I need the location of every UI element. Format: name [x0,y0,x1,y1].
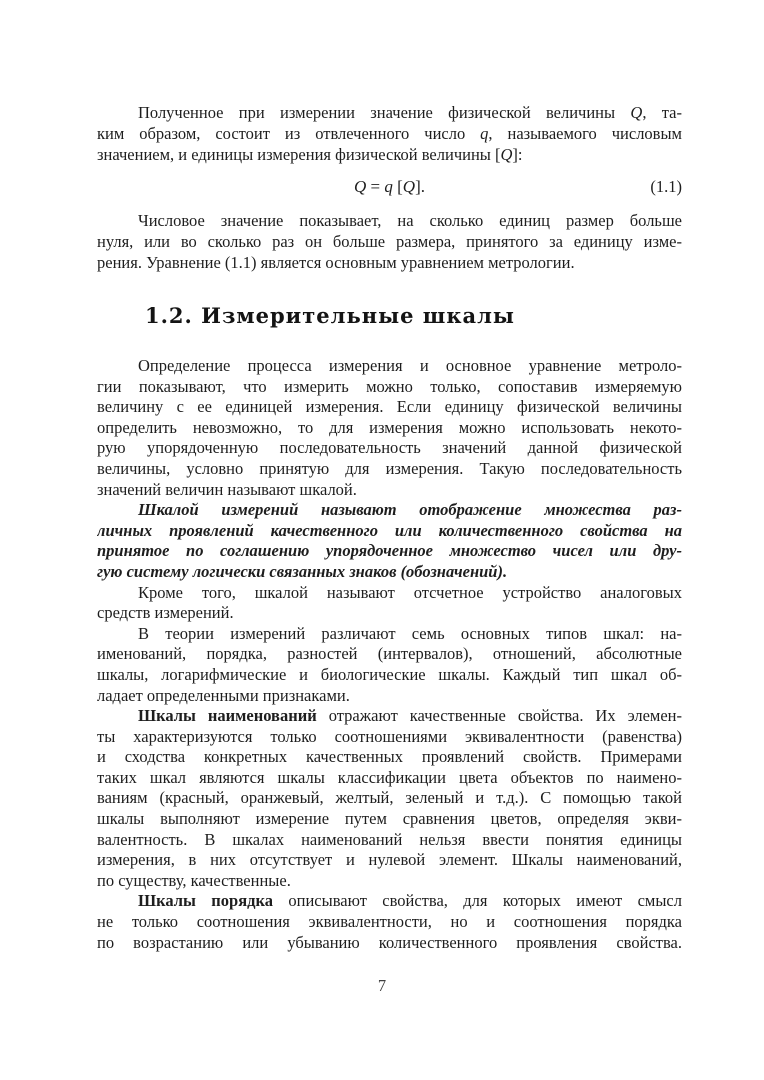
text-segment: Полученное при измерении значение физиче… [138,103,630,122]
text-segment: , та- [642,103,682,122]
text-line: не только соотношения эквивалентности, н… [97,912,682,933]
text-segment: величины, условно принятую для измерения… [97,459,682,478]
text-line: средств измерений. [97,603,682,624]
text-segment: ваниям (красный, оранжевый, желтый, зеле… [97,788,682,807]
text-segment: Q [630,103,642,122]
paragraph-scale-intro: Определение процесса измерения и основно… [97,356,682,500]
text-segment: нуля, или во сколько раз он больше разме… [97,232,682,251]
text-segment: определить невозможно, то для измерения … [97,418,682,437]
paragraph-scale-definition: Шкалой измерений называют отображение мн… [97,500,682,582]
text-line: Шкалы порядка описывают свойства, для ко… [97,891,682,912]
text-segment: рения. Уравнение (1.1) является основным… [97,253,575,272]
text-line: валентность. В шкалах наименований нельз… [97,830,682,851]
text-segment: шкалы выполняют измерение путем сравнени… [97,809,682,828]
text-line: измерения, в них отсутствует и нулевой э… [97,850,682,871]
text-line: Кроме того, шкалой называют отсчетное ус… [97,583,682,604]
text-segment: Кроме того, шкалой называют отсчетное ус… [138,583,682,602]
text-segment: таких шкал являются шкалы классификации … [97,768,682,787]
text-line: личных проявлений качественного или коли… [97,521,682,542]
text-segment: q [384,177,393,196]
text-line: Определение процесса измерения и основно… [97,356,682,377]
document-page: Полученное при измерении значение физиче… [0,0,764,1080]
text-line: Числовое значение показывает, на сколько… [97,210,682,231]
text-line: по возрастанию или убыванию количественн… [97,933,682,954]
text-line: и сходства конкретных качественных прояв… [97,747,682,768]
text-segment: гую систему логически связанных знаков (… [97,562,507,581]
text-segment: , называемого числовым [488,124,682,143]
text-flow: Определение процесса измерения и основно… [97,356,682,953]
text-line: ким образом, состоит из отвлеченного чис… [97,123,682,144]
text-segment: рую упорядоченную последовательность зна… [97,438,682,457]
text-line: определить невозможно, то для измерения … [97,418,682,439]
text-segment: В теории измерений различают семь основн… [138,624,682,643]
paragraph-measured-value: Полученное при измерении значение физиче… [97,102,682,165]
text-line: гую систему логически связанных знаков (… [97,562,682,583]
text-segment: именований, порядка, разностей (интервал… [97,644,682,663]
text-segment: Шкалы наименований [138,706,317,725]
text-line: по существу, качественные. [97,871,682,892]
text-line: нуля, или во сколько раз он больше разме… [97,231,682,252]
text-segment: Определение процесса измерения и основно… [138,356,682,375]
text-line: таких шкал являются шкалы классификации … [97,768,682,789]
text-line: Полученное при измерении значение физиче… [97,102,682,123]
text-segment: валентность. В шкалах наименований нельз… [97,830,682,849]
text-line: величину с ее единицей измерения. Если е… [97,397,682,418]
text-segment: отражают качественные свойства. Их элеме… [317,706,682,725]
text-line: ваниям (красный, оранжевый, желтый, зеле… [97,788,682,809]
text-line: В теории измерений различают семь основн… [97,624,682,645]
section-heading: 1.2. Измерительные шкалы [97,302,730,330]
text-line: гии показывают, что измерить можно тольк… [97,377,682,398]
text-line: принятое по соглашению упорядоченное мно… [97,541,682,562]
text-segment: ]. [415,177,425,196]
text-line: шкалы, логарифмические и биологические ш… [97,665,682,686]
text-segment: Q [354,177,366,196]
text-segment: измерения, в них отсутствует и нулевой э… [97,850,682,869]
text-line: значением, и единицы измерения физическо… [97,144,682,165]
text-line: величины, условно принятую для измерения… [97,459,682,480]
text-segment: ладает определенными признаками. [97,686,350,705]
text-segment: Числовое значение показывает, на сколько… [138,211,682,230]
text-line: рения. Уравнение (1.1) является основным… [97,252,682,273]
text-segment: Q [403,177,415,196]
text-segment: значением, и единицы измерения физическо… [97,145,500,164]
text-segment: принятое по соглашению упорядоченное мно… [97,541,682,560]
paragraph-scale-note: Кроме того, шкалой называют отсчетное ус… [97,583,682,624]
text-segment: личных проявлений качественного или коли… [97,521,682,540]
text-segment: по существу, качественные. [97,871,291,890]
equation: Q = q [Q]. [97,176,682,198]
text-line: значений величин называют шкалой. [97,480,682,501]
text-segment: средств измерений. [97,603,234,622]
text-segment: описывают свойства, для которых имеют см… [273,891,682,910]
text-line: ты характеризуются только соотношениями … [97,727,682,748]
equation-number: (1.1) [650,176,682,198]
text-segment: = [366,177,384,196]
text-line: рую упорядоченную последовательность зна… [97,438,682,459]
text-segment: ты характеризуются только соотношениями … [97,727,682,746]
text-line: Шкалы наименований отражают качественные… [97,706,682,727]
text-segment: [ [393,177,403,196]
paragraph-scale-types: В теории измерений различают семь основн… [97,624,682,706]
page-number: 7 [0,976,764,996]
equation-row: Q = q [Q]. (1.1) [97,176,682,198]
text-line: ладает определенными признаками. [97,686,682,707]
text-segment: значений величин называют шкалой. [97,480,357,499]
paragraph-numeric-value: Числовое значение показывает, на сколько… [97,210,682,273]
text-segment: по возрастанию или убыванию количественн… [97,933,682,952]
text-segment: величину с ее единицей измерения. Если е… [97,397,682,416]
text-line: именований, порядка, разностей (интервал… [97,644,682,665]
paragraph-order-scales: Шкалы порядка описывают свойства, для ко… [97,891,682,953]
text-segment: Шкалы порядка [138,891,273,910]
text-segment: ким образом, состоит из отвлеченного чис… [97,124,480,143]
paragraph-naming-scales: Шкалы наименований отражают качественные… [97,706,682,891]
text-segment: Шкалой измерений называют отображение мн… [138,500,682,519]
text-segment: гии показывают, что измерить можно тольк… [97,377,682,396]
text-segment: шкалы, логарифмические и биологические ш… [97,665,682,684]
text-line: шкалы выполняют измерение путем сравнени… [97,809,682,830]
text-line: Шкалой измерений называют отображение мн… [97,500,682,521]
text-segment: Q [500,145,512,164]
text-segment: не только соотношения эквивалентности, н… [97,912,682,931]
text-segment: и сходства конкретных качественных прояв… [97,747,682,766]
text-segment: ]: [512,145,522,164]
